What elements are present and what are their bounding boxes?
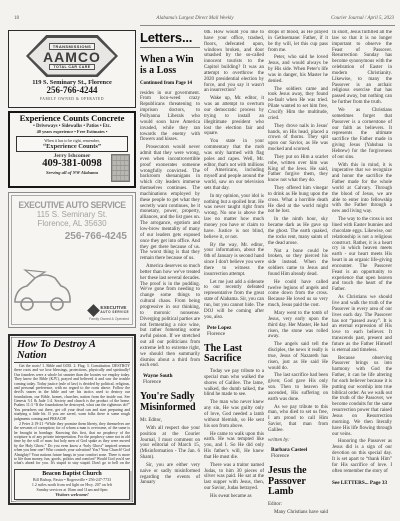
page-number: 18	[14, 16, 19, 21]
executive-title: EXECUTIVE AUTO SERVICE	[14, 199, 130, 210]
aamco-brand: AAMCO	[43, 50, 101, 64]
executive-logo-sub: AUTO SERVICE	[100, 311, 129, 314]
letters-section-title: Letters...	[140, 30, 200, 48]
executive-ad: EXECUTIVE AUTO SERVICE 115 S. Seminary S…	[8, 192, 136, 328]
letter-paragraph: Wake up, Mr. editor, it was an attempt t…	[204, 96, 264, 137]
letter-paragraph: There was a traitor named Judas, to him …	[204, 463, 264, 492]
signature-city: Florence	[271, 453, 328, 459]
letter-paragraph: Sir, you are either very naive or sadly …	[140, 463, 200, 486]
letter-paragraph: Honoring the Passover as Jesus did is a …	[332, 439, 392, 474]
aamco-hexagon-inner: TRANSMISSIONS AAMCO TOTAL CAR CARE	[29, 38, 115, 75]
car-with-open-hood-icon	[11, 268, 73, 319]
letter-salutation: Editor:	[268, 502, 328, 507]
letter-headline: When a Win is a Loss	[140, 55, 200, 77]
letter-paragraph: They put on Him a scarlet robe, written …	[268, 155, 328, 184]
executive-logo: EXECUTIVE AUTO SERVICE	[89, 306, 129, 315]
letter-signature: Barbara CasteelFlorence	[271, 447, 328, 459]
letter-salutation: Mr. Editor,	[140, 418, 200, 423]
masthead-tagline: Alabama's Largest Direct Mail Weekly	[110, 16, 280, 21]
concrete-ad: Experience Counts Concrete • Driveways •…	[8, 111, 136, 188]
signature-city: Florence	[143, 379, 200, 385]
letter-paragraph: By the way, Mr. editor, your information…	[204, 243, 264, 278]
destroy-nation-paragraph: Get the roots! 1. Bible and GOD. 2. Flag…	[14, 364, 130, 421]
letter-paragraph: Peter, who said he loved Jesus, and woul…	[268, 55, 328, 84]
letter-paragraph: Many Christians have said that the Passo…	[268, 510, 328, 516]
concrete-title: Experience Counts Concrete	[10, 114, 134, 123]
continued-from-note: Continued from Page 14	[140, 81, 200, 86]
letter-paragraph: In short, Jesus fulfilled all the law so…	[332, 30, 392, 106]
executive-tagline: Family Owned & Operated	[89, 317, 129, 321]
letter-paragraph: Mary went to the tomb of Jesus, very ear…	[268, 311, 328, 340]
letter-paragraph: His sweat became as	[204, 494, 264, 500]
destroy-nation-ad: How To Destroy A Nation Get the roots! 1…	[8, 334, 136, 505]
letter-paragraph: drops of blood, as He prayed in Gethsema…	[268, 30, 328, 53]
beacon-church-box: Beacon Baptist Church Bill Bishop, Pasto…	[14, 469, 130, 500]
jump-to-page-note: See LETTERS... Page 33	[332, 480, 392, 486]
letter-paragraph: The soldiers came and took Jesus away, t…	[268, 87, 328, 122]
written-by-note: written by:	[268, 438, 328, 443]
letter-paragraph: 6th. How would you like to have your off…	[204, 30, 264, 94]
letter-paragraph: They drove nails in Jesus' hands, on His…	[268, 124, 328, 153]
aamco-tagline: FAMILY OWNED & OPERATED	[9, 97, 135, 101]
letter-paragraph: We as Christians sometimes forget that P…	[332, 108, 392, 161]
letter-paragraph: Let me just add a sidenote to our recent…	[204, 280, 264, 321]
letter-headline: Jesus the Passover Lamb	[268, 466, 328, 498]
letter-paragraph: The way to the cross is not lined with E…	[332, 217, 392, 293]
letter-paragraph: As we pay tribute to this man, who died …	[268, 405, 328, 434]
letter-paragraph: The last sacrifice had been given; God g…	[268, 373, 328, 402]
church-welcome-line: Visitors welcome!	[15, 492, 129, 497]
letter-paragraph: With this in mind, it is imperative that…	[332, 163, 392, 216]
destroy-nation-body: Get the roots! 1. Bible and GOD. 2. Flag…	[14, 364, 130, 466]
letters-column-1: Letters...When a Win is a LossContinued …	[140, 30, 200, 516]
aamco-phone: 256-766-4244	[9, 86, 135, 96]
concrete-experience: 40 years experience • Free Estimates •	[10, 129, 134, 134]
letter-signature: Wayne SouthFlorence	[143, 373, 200, 385]
concrete-slogan: “Experience Counts”	[17, 143, 127, 150]
letters-column-4: In short, Jesus fulfilled all the law so…	[332, 30, 392, 516]
letters-column-3: drops of blood, as He prayed in Gethsema…	[268, 30, 328, 516]
aamco-hexagon-badge-icon: TRANSMISSIONS AAMCO TOTAL CAR CARE	[26, 35, 118, 77]
letter-paragraph: Prosecutors would never admit that they …	[140, 145, 200, 262]
letter-paragraph: As Christians we should live and walk th…	[332, 295, 392, 353]
letter-paragraph: The man who never knew any sin, He was g…	[204, 400, 264, 429]
aamco-ad: TRANSMISSIONS AAMCO TOTAL CAR CARE 119 S…	[8, 30, 136, 108]
letter-paragraph: They offered him vinegar to drink as He …	[268, 186, 328, 215]
letter-paragraph: He came to walk upon this earth. He was …	[204, 432, 264, 461]
letter-paragraph: In the ninth hour, sky became dark as He…	[268, 217, 328, 246]
letter-paragraph: Not a bone could be broken, so they pier…	[268, 249, 328, 278]
masthead-date: Courier Journal / April 5, 2023	[331, 16, 394, 21]
letter-headline: The Last Sacrifice	[204, 344, 264, 366]
concrete-slogan-box: When it has to be right, remember, “Expe…	[16, 136, 128, 152]
destroy-nation-paragraph: 2 Peter 2:19-21 “While they promise them…	[14, 422, 130, 466]
letters-column-2: 6th. How would you like to have your off…	[204, 30, 264, 516]
letter-paragraph: America deserves so much better than how…	[140, 264, 200, 369]
header-rule	[140, 25, 395, 26]
newspaper-page: 18 Alabama's Largest Direct Mail Weekly …	[0, 0, 400, 521]
diamond-icon	[88, 304, 101, 317]
letter-headline: You're Sadly Misinformed	[140, 392, 200, 414]
letter-paragraph: Today we pay tribute to a special man wh…	[204, 369, 264, 398]
signature-city: Florence	[207, 331, 264, 337]
letter-paragraph: In my opinion, your idol is nothing but …	[204, 194, 264, 241]
letter-paragraph: You state in your commentary that the mo…	[204, 139, 264, 192]
letter-paragraph: He could have called twelve legions of a…	[268, 280, 328, 309]
letter-signature: Pete LopezFlorence	[207, 325, 264, 337]
letter-paragraph: Because observing Passover brings us int…	[332, 356, 392, 438]
letter-paragraph: With all respect due your position at th…	[140, 426, 200, 461]
destroy-nation-title: How To Destroy A Nation	[14, 339, 130, 363]
concrete-work-photo	[111, 154, 130, 182]
executive-logo-text: EXECUTIVE AUTO SERVICE	[100, 306, 129, 314]
letter-paragraph: The angels said tell the disciples, the …	[268, 342, 328, 371]
letter-paragraph: resides in our government. From loco-wee…	[140, 91, 200, 144]
aamco-bottom-label: TOTAL CAR CARE	[49, 64, 94, 70]
